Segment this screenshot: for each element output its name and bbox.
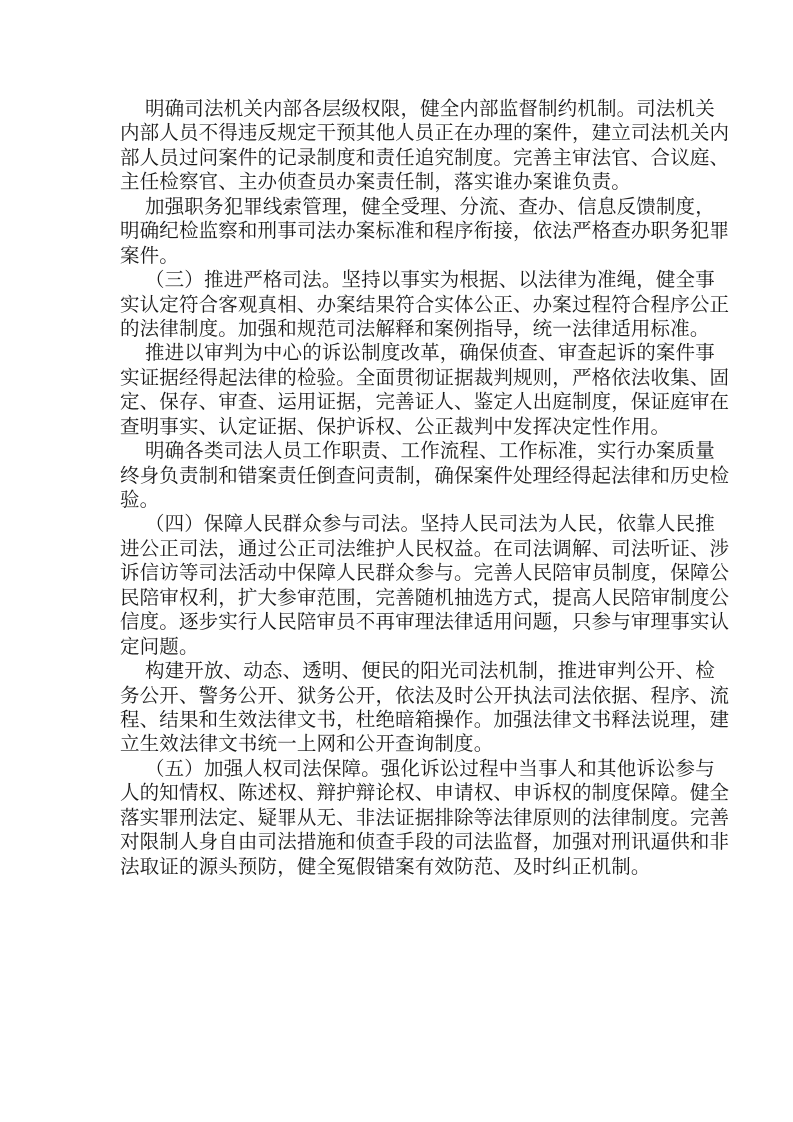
text-line: 查明事实、认定证据、保护诉权、公正裁判中发挥决定性作用。 bbox=[120, 415, 682, 439]
text-line: 验。 bbox=[120, 488, 682, 512]
paragraph-lifetime-responsibility: 明确各类司法人员工作职责、工作流程、工作标准，实行办案质量 终身负责制和错案责任… bbox=[120, 439, 682, 512]
text-line: 内部人员不得违反规定干预其他人员正在办理的案件，建立司法机关内 bbox=[120, 121, 682, 145]
paragraph-open-justice: 构建开放、动态、透明、便民的阳光司法机制，推进审判公开、检 务公开、警务公开、狱… bbox=[120, 659, 682, 757]
text-line: 案件。 bbox=[120, 244, 682, 268]
text-line: 程、结果和生效法律文书，杜绝暗箱操作。加强法律文书释法说理，建 bbox=[120, 708, 682, 732]
text-line: 加强职务犯罪线索管理，健全受理、分流、查办、信息反馈制度， bbox=[120, 195, 682, 219]
text-line: 明确各类司法人员工作职责、工作流程、工作标准，实行办案质量 bbox=[120, 439, 682, 463]
text-line: 明确司法机关内部各层级权限，健全内部监督制约机制。司法机关 bbox=[120, 97, 682, 121]
text-line: 对限制人身自由司法措施和侦查手段的司法监督，加强对刑讯逼供和非 bbox=[120, 830, 682, 854]
text-line: 落实罪刑法定、疑罪从无、非法证据排除等法律原则的法律制度。完善 bbox=[120, 806, 682, 830]
text-line: 推进以审判为中心的诉讼制度改革，确保侦查、审查起诉的案件事 bbox=[120, 341, 682, 365]
paragraph-judicial-internal-supervision: 明确司法机关内部各层级权限，健全内部监督制约机制。司法机关 内部人员不得违反规定… bbox=[120, 97, 682, 195]
paragraph-section-5-human-rights: （五）加强人权司法保障。强化诉讼过程中当事人和其他诉讼参与 人的知情权、陈述权、… bbox=[120, 757, 682, 879]
text-line: 信度。逐步实行人民陪审员不再审理法律适用问题，只参与审理事实认 bbox=[120, 610, 682, 634]
text-line: 部人员过问案件的记录制度和责任追究制度。完善主审法官、合议庭、 bbox=[120, 146, 682, 170]
text-line: 定问题。 bbox=[120, 635, 682, 659]
paragraph-trial-centered-reform: 推进以审判为中心的诉讼制度改革，确保侦查、审查起诉的案件事 实证据经得起法律的检… bbox=[120, 341, 682, 439]
text-line: 明确纪检监察和刑事司法办案标准和程序衔接，依法严格查办职务犯罪 bbox=[120, 219, 682, 243]
text-line: 的法律制度。加强和规范司法解释和案例指导，统一法律适用标准。 bbox=[120, 317, 682, 341]
text-line: 定、保存、审查、运用证据，完善证人、鉴定人出庭制度，保证庭审在 bbox=[120, 390, 682, 414]
text-line: 人的知情权、陈述权、辩护辩论权、申请权、申诉权的制度保障。健全 bbox=[120, 781, 682, 805]
paragraph-section-4-public-participation: （四）保障人民群众参与司法。坚持人民司法为人民，依靠人民推 进公正司法，通过公正… bbox=[120, 512, 682, 659]
text-line: 立生效法律文书统一上网和公开查询制度。 bbox=[120, 732, 682, 756]
text-line: 终身负责制和错案责任倒查问责制，确保案件处理经得起法律和历史检 bbox=[120, 464, 682, 488]
text-line: 法取证的源头预防，健全冤假错案有效防范、及时纠正机制。 bbox=[120, 855, 682, 879]
text-line: （四）保障人民群众参与司法。坚持人民司法为人民，依靠人民推 bbox=[120, 512, 682, 536]
paragraph-duty-crime-clues: 加强职务犯罪线索管理，健全受理、分流、查办、信息反馈制度， 明确纪检监察和刑事司… bbox=[120, 195, 682, 268]
text-line: 主任检察官、主办侦查员办案责任制，落实谁办案谁负责。 bbox=[120, 170, 682, 194]
text-line: （三）推进严格司法。坚持以事实为根据、以法律为准绳，健全事 bbox=[120, 268, 682, 292]
text-line: 务公开、警务公开、狱务公开，依法及时公开执法司法依据、程序、流 bbox=[120, 684, 682, 708]
text-line: 民陪审权利，扩大参审范围，完善随机抽选方式，提高人民陪审制度公 bbox=[120, 586, 682, 610]
document-page: 明确司法机关内部各层级权限，健全内部监督制约机制。司法机关 内部人员不得违反规定… bbox=[120, 97, 682, 879]
text-line: （五）加强人权司法保障。强化诉讼过程中当事人和其他诉讼参与 bbox=[120, 757, 682, 781]
text-line: 实认定符合客观真相、办案结果符合实体公正、办案过程符合程序公正 bbox=[120, 293, 682, 317]
text-line: 构建开放、动态、透明、便民的阳光司法机制，推进审判公开、检 bbox=[120, 659, 682, 683]
text-line: 进公正司法，通过公正司法维护人民权益。在司法调解、司法听证、涉 bbox=[120, 537, 682, 561]
text-line: 实证据经得起法律的检验。全面贯彻证据裁判规则，严格依法收集、固 bbox=[120, 366, 682, 390]
text-line: 诉信访等司法活动中保障人民群众参与。完善人民陪审员制度，保障公 bbox=[120, 561, 682, 585]
paragraph-section-3-strict-justice: （三）推进严格司法。坚持以事实为根据、以法律为准绳，健全事 实认定符合客观真相、… bbox=[120, 268, 682, 341]
